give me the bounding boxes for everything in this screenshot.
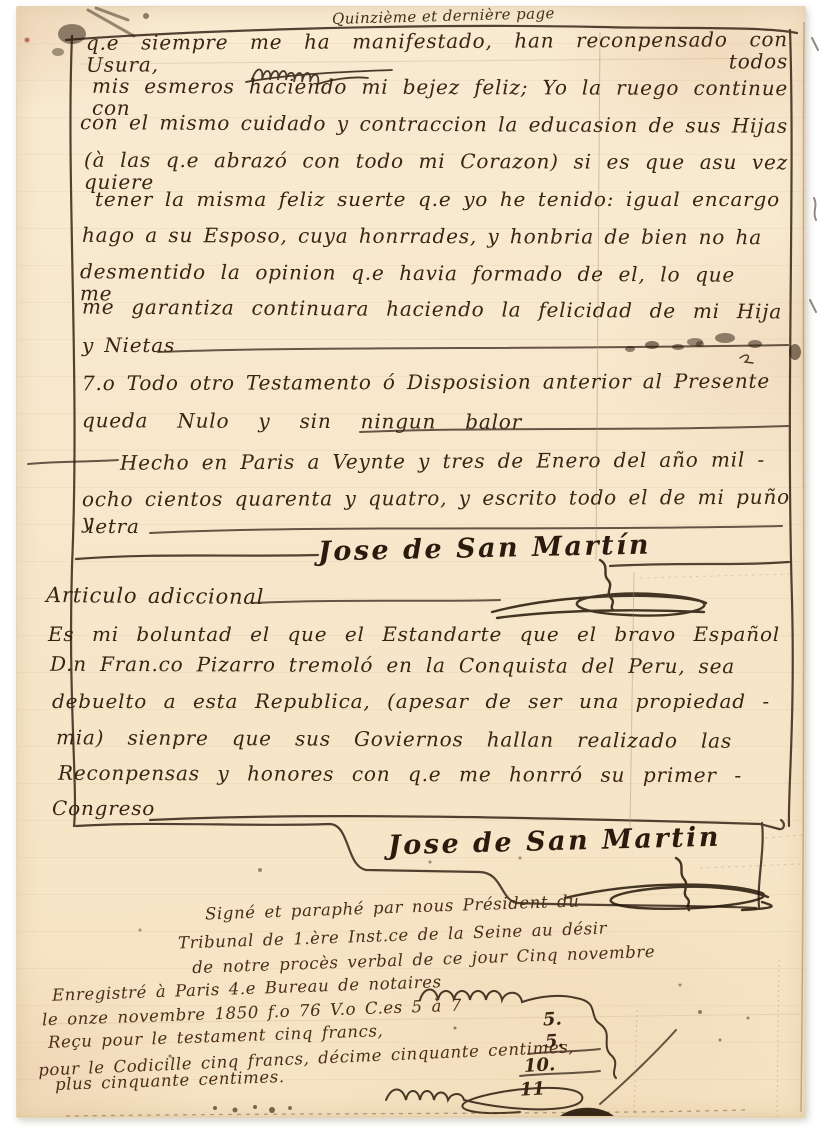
manuscript-line: Hecho en Paris a Veynte y tres de Enero …	[120, 448, 765, 473]
manuscript-line: letra	[88, 515, 140, 537]
manuscript-line: 7.o Todo otro Testamento ó Disposision a…	[82, 370, 770, 394]
fee-amount: 5.	[544, 1032, 564, 1053]
manuscript-line: y Nietas	[82, 334, 175, 356]
manuscript-line: tener la misma feliz suerte q.e yo he te…	[95, 188, 780, 210]
manuscript-line: con el mismo cuidado y contraccion la ed…	[80, 111, 788, 137]
manuscript-line: q.e siempre me ha manifestado, han recon…	[86, 28, 788, 76]
manuscript-line: D.n Fran.co Pizarro tremoló en la Conqui…	[50, 653, 735, 677]
manuscript-line: queda Nulo y sin ningun balor	[82, 409, 522, 433]
manuscript-line: mia) sienpre que sus Goviernos hallan re…	[56, 726, 732, 752]
fee-amount-sum: 10.	[524, 1055, 556, 1076]
manuscript-line: debuelto a esta Republica, (apesar de se…	[52, 690, 770, 712]
manuscript-line: Reconpensas y honores con q.e me honrró …	[58, 762, 742, 786]
manuscript-line: Es mi boluntad el que el Estandarte que …	[48, 623, 780, 645]
manuscript-line: ocho cientos quarenta y quatro, y escrit…	[82, 486, 790, 532]
fee-amount-total: 11	[519, 1079, 545, 1100]
manuscript-line: Congreso	[52, 797, 155, 819]
addendum-title: Articulo adiccional	[46, 584, 264, 609]
edge-tick-marks	[810, 38, 818, 312]
manuscript-line: me garantiza continuara haciendo la feli…	[82, 296, 782, 323]
scanned-document: Quinzième et dernière page q.e siempre m…	[0, 0, 829, 1147]
fee-amount: 5.	[542, 1010, 562, 1031]
manuscript-line: hago a su Esposo, cuya honrrades, y honb…	[82, 224, 762, 248]
